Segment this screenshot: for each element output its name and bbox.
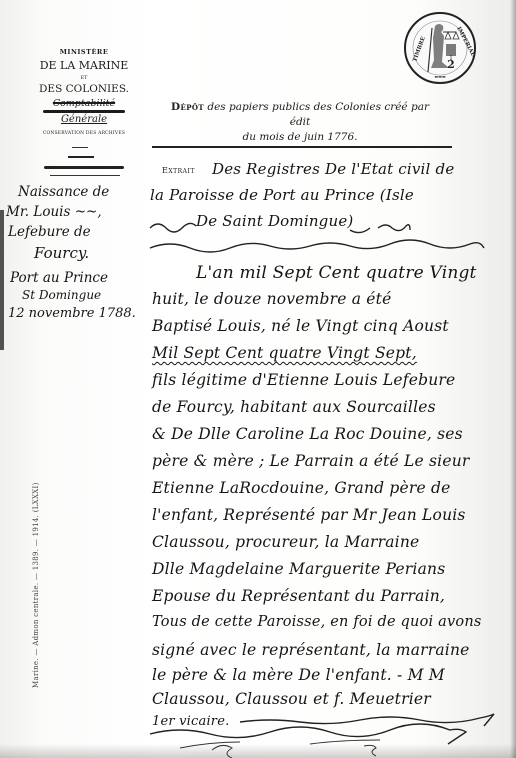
depot-rest: des papiers publics des Colonies créé pa…	[204, 101, 429, 128]
margin-line: Port au Prince	[10, 270, 108, 286]
extrait-title-line: Des Registres De l'Etat civil de	[212, 160, 454, 178]
body-line: de Fourcy, habitant aux Sourcailles	[152, 398, 436, 416]
ministry-letterhead: MINISTÈRE DE LA MARINE ET DES COLONIES. …	[28, 48, 140, 136]
margin-line: Fourcy.	[34, 244, 89, 262]
scan-shadow	[0, 744, 516, 758]
ministry-struck-text: Comptabilité	[28, 98, 140, 109]
document-page: MINISTÈRE DE LA MARINE ET DES COLONIES. …	[0, 0, 516, 758]
scan-edge-right	[510, 0, 516, 758]
body-line: L'an mil Sept Cent quatre Vingt	[196, 263, 477, 283]
body-line: Mil Sept Cent quatre Vingt Sept,	[152, 344, 417, 362]
body-line: Dlle Magdelaine Marguerite Perians	[152, 560, 445, 578]
body-line: le père & la mère De l'enfant. - M M	[152, 666, 445, 684]
margin-line: Naissance de	[18, 184, 109, 200]
margin-line: St Domingue	[22, 288, 101, 302]
divider	[44, 166, 124, 169]
svg-text:▬▬▬: ▬▬▬	[434, 74, 446, 79]
divider	[68, 156, 94, 158]
ministry-line5: CONSERVATION DES ARCHIVES	[28, 131, 140, 136]
margin-line: Lefebure de	[8, 224, 91, 240]
divider	[50, 175, 120, 176]
depot-lead: Dépôt	[171, 101, 204, 113]
body-line: Epouse du Représentant du Parrain,	[152, 587, 445, 605]
body-line: & De Dlle Caroline La Roc Douine, ses	[152, 425, 463, 443]
depot-line1: Dépôt des papiers publics des Colonies c…	[160, 100, 440, 130]
ministry-line2: DE LA MARINE	[28, 59, 140, 72]
extrait-title-line: la Paroisse de Port au Prince (Isle	[150, 186, 414, 204]
body-line: Tous de cette Paroisse, en foi de quoi a…	[152, 614, 482, 630]
depot-line2: du mois de juin 1776.	[160, 130, 440, 145]
ministry-handwritten-correction: Générale	[28, 114, 140, 125]
extrait-label: Extrait	[162, 166, 195, 175]
ministry-line4: DES COLONIES.	[28, 83, 140, 95]
body-line: Claussou, procureur, la Marraine	[152, 533, 419, 551]
justice-seal-icon: 2 1 ▬▬▬ TIMBRE IMPERIAL	[402, 10, 478, 86]
margin-line: Mr. Louis ~~,	[6, 204, 102, 220]
body-line: signé avec le représentant, la marraine	[152, 641, 470, 659]
margin-line: 12 novembre 1788.	[8, 306, 136, 321]
depot-header: Dépôt des papiers publics des Colonies c…	[160, 100, 440, 145]
body-line: l'enfant, Représenté par Mr Jean Louis	[152, 506, 466, 524]
ministry-line3: ET	[28, 75, 140, 81]
body-line: Baptisé Louis, né le Vingt cinq Aoust	[152, 317, 449, 335]
body-line: fils légitime d'Etienne Louis Lefebure	[152, 371, 455, 389]
body-line: père & mère ; Le Parrain a été Le sieur	[152, 452, 470, 470]
scan-edge	[0, 210, 4, 350]
body-line: Etienne LaRocdouine, Grand père de	[152, 479, 451, 497]
ministry-line1: MINISTÈRE	[28, 48, 140, 56]
strike-bar	[43, 110, 125, 113]
flourish	[150, 210, 510, 250]
archive-label: Marine. — Admon centrale. — 1389. — 1914…	[32, 482, 40, 688]
body-line: huit, le douze novembre a été	[152, 290, 391, 308]
svg-text:1: 1	[449, 55, 453, 62]
divider	[72, 147, 88, 148]
header-rule	[152, 146, 452, 148]
